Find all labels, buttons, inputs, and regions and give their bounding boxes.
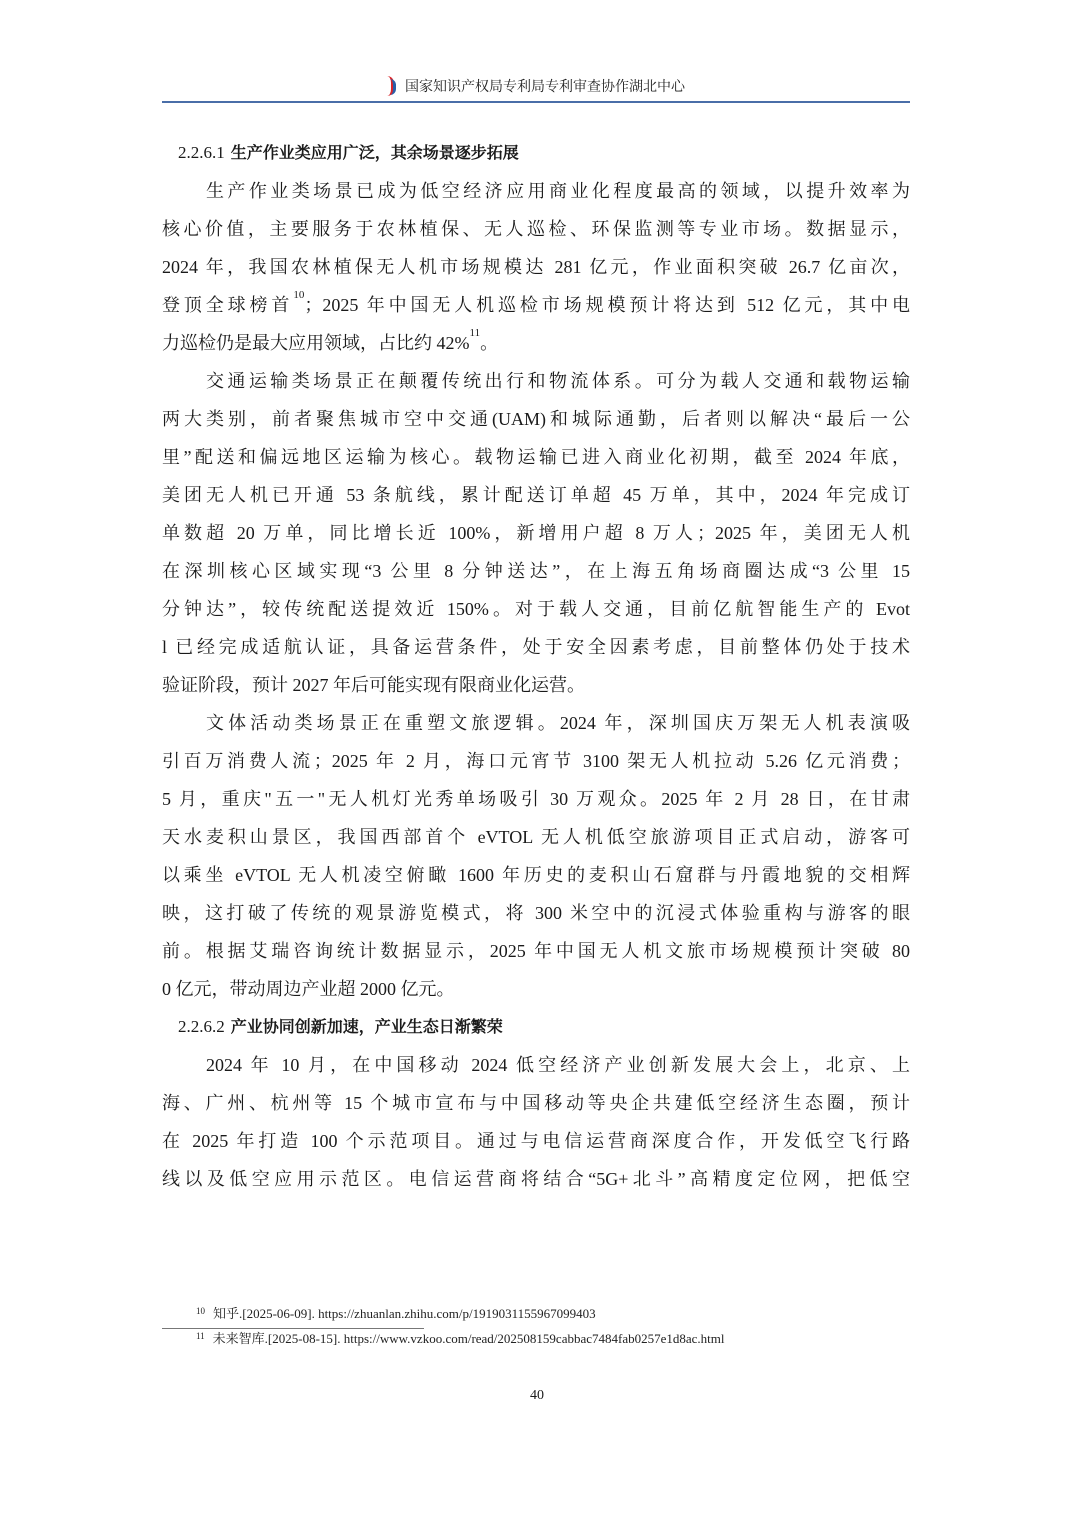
page-number: 40 [0, 1388, 1074, 1404]
organization-logo-icon [387, 76, 397, 96]
text-line: 线以及低空应用示范区。电信运营商将结合“5G+北斗”高精度定位网，把低空 [162, 1160, 910, 1198]
text-line: 天水麦积山景区，我国西部首个 eVTOL 无人机低空旅游项目正式启动，游客可 [162, 818, 910, 856]
footnote-ref-11[interactable]: 11 [470, 327, 481, 339]
text-line: 文体活动类场景正在重塑文旅逻辑。2024 年，深圳国庆万架无人机表演吸 [162, 704, 910, 742]
footnote-item-11: 11未来智库.[2025-08-15]. https://www.vzkoo.c… [196, 1330, 725, 1348]
text-line: 分钟达”，较传统配送提效近 150%。对于载人交通，目前亿航智能生产的 Evot [162, 590, 910, 628]
text-line: 映，这打破了传统的观景游览模式，将 300 米空中的沉浸式体验重构与游客的眼 [162, 894, 910, 932]
paragraph-ecosystem: 2024 年 10 月，在中国移动 2024 低空经济产业创新发展大会上，北京、… [162, 1046, 910, 1198]
document-body: 2.2.6.1生产作业类应用广泛，其余场景逐步拓展 生产作业类场景已成为低空经济… [162, 134, 910, 1198]
header-divider [162, 101, 910, 103]
section-heading-2-2-6-2: 2.2.6.2产业协同创新加速，产业生态日渐繁荣 [162, 1008, 910, 1046]
text-line: 在深圳核心区域实现“3 公里 8 分钟送达”，在上海五角场商圈达成“3 公里 1… [162, 552, 910, 590]
text-line: 2024 年 10 月，在中国移动 2024 低空经济产业创新发展大会上，北京、… [162, 1046, 910, 1084]
section-heading-2-2-6-1: 2.2.6.1生产作业类应用广泛，其余场景逐步拓展 [162, 134, 910, 172]
text-line: 前。根据艾瑞咨询统计数据显示，2025 年中国无人机文旅市场规模预计突破 80 [162, 932, 910, 970]
text-line: 5 月，重庆"五一"无人机灯光秀单场吸引 30 万观众。2025 年 2 月 2… [162, 780, 910, 818]
footnote-item-10: 10知乎.[2025-06-09]. https://zhuanlan.zhih… [196, 1305, 596, 1323]
text-line: 引百万消费人流；2025 年 2 月，海口元宵节 3100 架无人机拉动 5.2… [162, 742, 910, 780]
footnote-ref-10[interactable]: 10 [293, 289, 304, 301]
text-line: 里”配送和偏远地区运输为核心。载物运输已进入商业化初期，截至 2024 年底， [162, 438, 910, 476]
text-line: 核心价值，主要服务于农林植保、无人巡检、环保监测等专业市场。数据显示， [162, 210, 910, 248]
text-line: 0 亿元，带动周边产业超 2000 亿元。 [162, 970, 910, 1008]
text-line: 两大类别，前者聚焦城市空中交通(UAM)和城际通勤，后者则以解决“最后一公 [162, 400, 910, 438]
paragraph-transport: 交通运输类场景正在颠覆传统出行和物流体系。可分为载人交通和载物运输 两大类别，前… [162, 362, 910, 704]
page-header: 国家知识产权局专利局专利审查协作湖北中心 [162, 76, 910, 100]
header-title: 国家知识产权局专利局专利审查协作湖北中心 [405, 76, 685, 96]
text-line: l 已经完成适航认证，具备运营条件，处于安全因素考虑，目前整体仍处于技术 [162, 628, 910, 666]
paragraph-culture-tourism: 文体活动类场景正在重塑文旅逻辑。2024 年，深圳国庆万架无人机表演吸 引百万消… [162, 704, 910, 1008]
text-line: 生产作业类场景已成为低空经济应用商业化程度最高的领域，以提升效率为 [162, 172, 910, 210]
footnote-divider [162, 1328, 424, 1329]
text-line: 在 2025 年打造 100 个示范项目。通过与电信运营商深度合作，开发低空飞行… [162, 1122, 910, 1160]
text-line: 力巡检仍是最大应用领域，占比约 42%11。 [162, 324, 910, 362]
text-line: 单数超 20 万单，同比增长近 100%，新增用户超 8 万人；2025 年，美… [162, 514, 910, 552]
text-line: 登顶全球榜首10；2025 年中国无人机巡检市场规模预计将达到 512 亿元，其… [162, 286, 910, 324]
text-line: 以乘坐 eVTOL 无人机凌空俯瞰 1600 年历史的麦积山石窟群与丹霞地貌的交… [162, 856, 910, 894]
text-line: 交通运输类场景正在颠覆传统出行和物流体系。可分为载人交通和载物运输 [162, 362, 910, 400]
text-line: 美团无人机已开通 53 条航线，累计配送订单超 45 万单，其中，2024 年完… [162, 476, 910, 514]
text-line: 海、广州、杭州等 15 个城市宣布与中国移动等央企共建低空经济生态圈，预计 [162, 1084, 910, 1122]
text-line: 验证阶段，预计 2027 年后可能实现有限商业化运营。 [162, 666, 910, 704]
paragraph-production: 生产作业类场景已成为低空经济应用商业化程度最高的领域，以提升效率为 核心价值，主… [162, 172, 910, 362]
text-line: 2024 年，我国农林植保无人机市场规模达 281 亿元，作业面积突破 26.7… [162, 248, 910, 286]
